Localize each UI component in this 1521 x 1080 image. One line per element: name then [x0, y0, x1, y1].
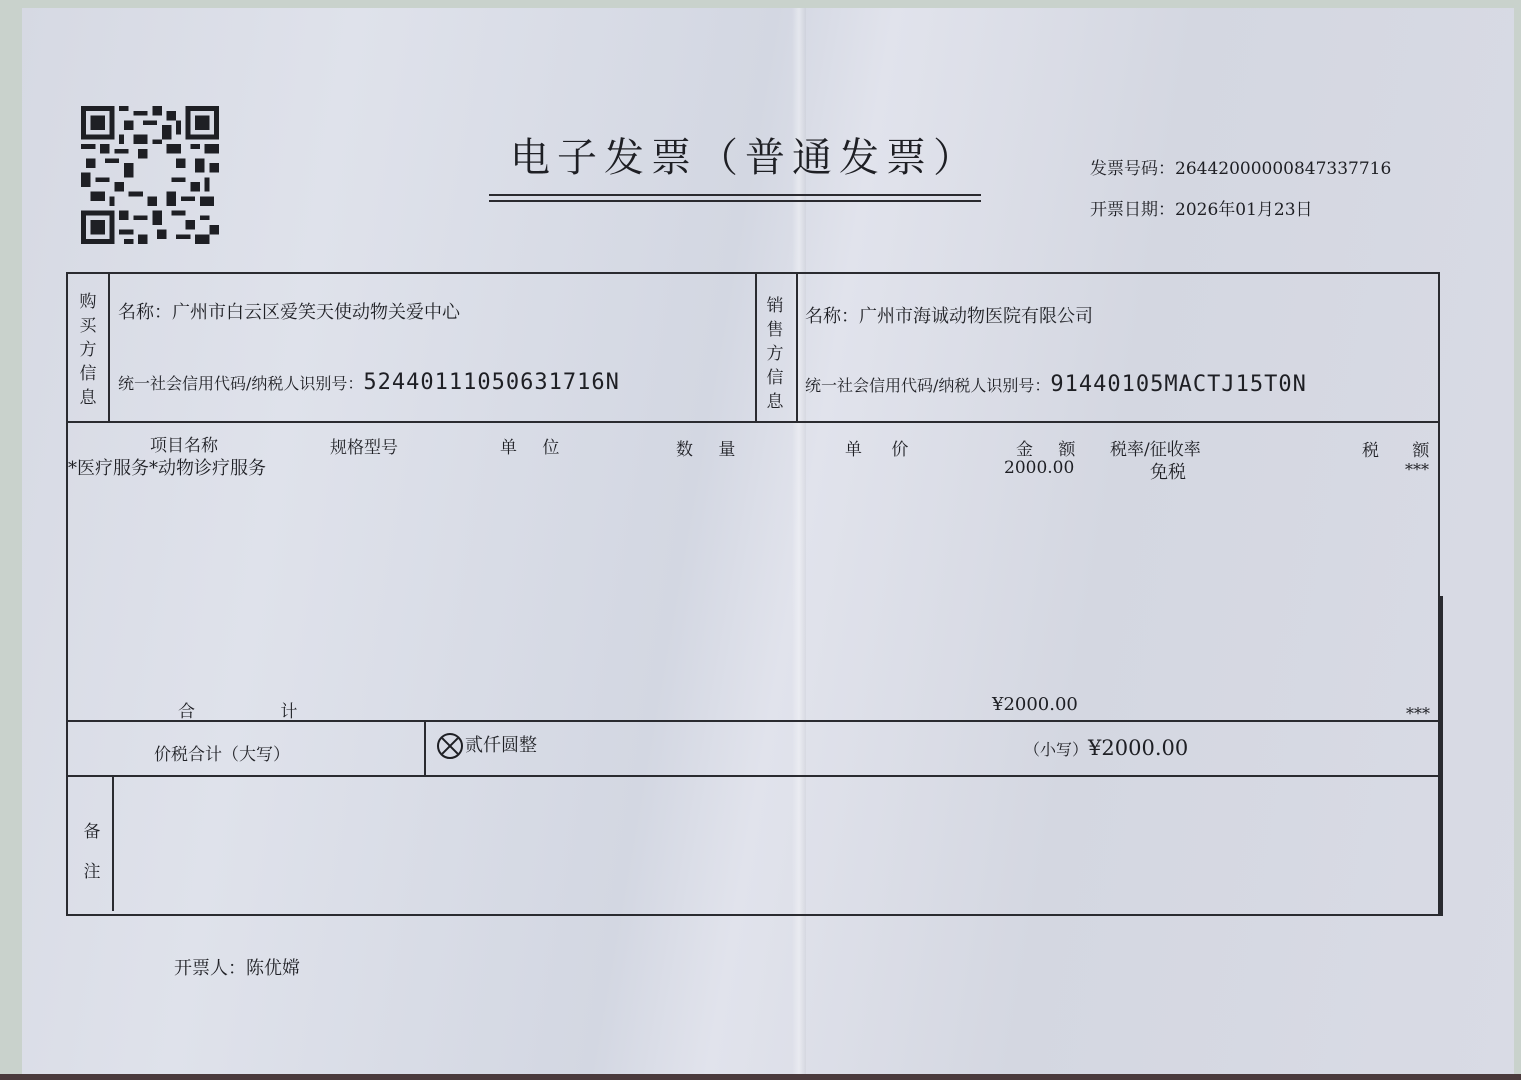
item-tax: ***	[1405, 460, 1429, 479]
buyer-label-divider	[108, 274, 110, 422]
issue-date: 2026年01月23日	[1175, 200, 1313, 220]
header-tax-rate: 税率/征收率	[1110, 435, 1201, 460]
total-uppercase-amount: 贰仟圆整	[465, 735, 537, 756]
circle-cross-icon	[437, 733, 463, 759]
total-label: 价税合计（大写）	[154, 740, 290, 765]
issue-date-label: 开票日期：	[1090, 200, 1175, 220]
total-lowercase-amount: ¥2000.00	[1088, 736, 1188, 760]
table-surface	[0, 1074, 1521, 1080]
header-unit: 单 位	[500, 433, 569, 458]
header-unit-price: 单 价	[845, 435, 920, 460]
subtotal-amount: ¥2000.00	[992, 694, 1078, 715]
buyer-section-label: 购 买 方 信 息	[78, 290, 98, 410]
subtotal-tax: ***	[1406, 704, 1430, 723]
remarks-divider	[112, 777, 114, 911]
buyer-name: 广州市白云区爱笑天使动物关爱中心	[172, 302, 460, 323]
header-item-name: 项目名称	[150, 431, 218, 456]
seller-label-divider	[796, 274, 798, 422]
invoice-number-label: 发票号码：	[1090, 159, 1175, 179]
total-bottom-line	[68, 775, 1438, 777]
issue-date-row: 开票日期：2026年01月23日	[1090, 195, 1313, 220]
subtotal-label: 合 计	[178, 697, 297, 722]
buyer-name-row: 名称：广州市白云区爱笑天使动物关爱中心	[118, 298, 460, 324]
total-lowercase-label: （小写）	[1024, 740, 1088, 759]
issuer-row: 开票人：陈优嫦	[174, 954, 300, 980]
buyer-tax-id-row: 统一社会信用代码/纳税人识别号：52440111050631716N	[118, 370, 620, 395]
title-underline	[489, 194, 981, 196]
party-divider	[755, 274, 757, 422]
invoice-title: 电子发票（普通发票）	[510, 126, 980, 183]
total-lowercase: （小写）¥2000.00	[1024, 736, 1188, 760]
item-tax-rate: 免税	[1150, 458, 1186, 484]
total-uppercase: 贰仟圆整	[437, 731, 537, 759]
buyer-tax-id-label: 统一社会信用代码/纳税人识别号：	[118, 374, 363, 393]
title-underline	[489, 200, 981, 202]
issuer-name: 陈优嫦	[246, 958, 300, 979]
seller-tax-id-label: 统一社会信用代码/纳税人识别号：	[805, 376, 1050, 395]
item-name: *医疗服务*动物诊疗服务	[68, 454, 266, 480]
invoice-number-row: 发票号码：26442000000847337716	[1090, 154, 1391, 179]
header-spec: 规格型号	[330, 433, 398, 458]
seller-name: 广州市海诚动物医院有限公司	[859, 306, 1093, 327]
invoice-number: 26442000000847337716	[1175, 159, 1391, 179]
item-amount: 2000.00	[1004, 458, 1074, 478]
qr-code-icon	[79, 106, 221, 244]
buyer-name-label: 名称：	[118, 302, 172, 323]
seller-section-label: 销 售 方 信 息	[765, 294, 785, 414]
issuer-label: 开票人：	[174, 958, 246, 979]
buyer-tax-id: 52440111050631716N	[363, 370, 619, 395]
seller-tax-id: 91440105MACTJ15T0N	[1050, 372, 1306, 397]
seller-name-row: 名称：广州市海诚动物医院有限公司	[805, 302, 1093, 328]
frame-shadow-line	[1440, 596, 1443, 916]
header-amount: 金 额	[1016, 435, 1085, 460]
invoice-table-frame	[66, 272, 1440, 916]
seller-tax-id-row: 统一社会信用代码/纳税人识别号：91440105MACTJ15T0N	[805, 372, 1307, 397]
header-quantity: 数 量	[676, 435, 745, 460]
party-bottom-line	[68, 421, 1438, 423]
remarks-label: 备 注	[82, 812, 102, 892]
seller-name-label: 名称：	[805, 306, 859, 327]
header-tax: 税 额	[1362, 436, 1443, 461]
total-divider	[424, 721, 426, 776]
